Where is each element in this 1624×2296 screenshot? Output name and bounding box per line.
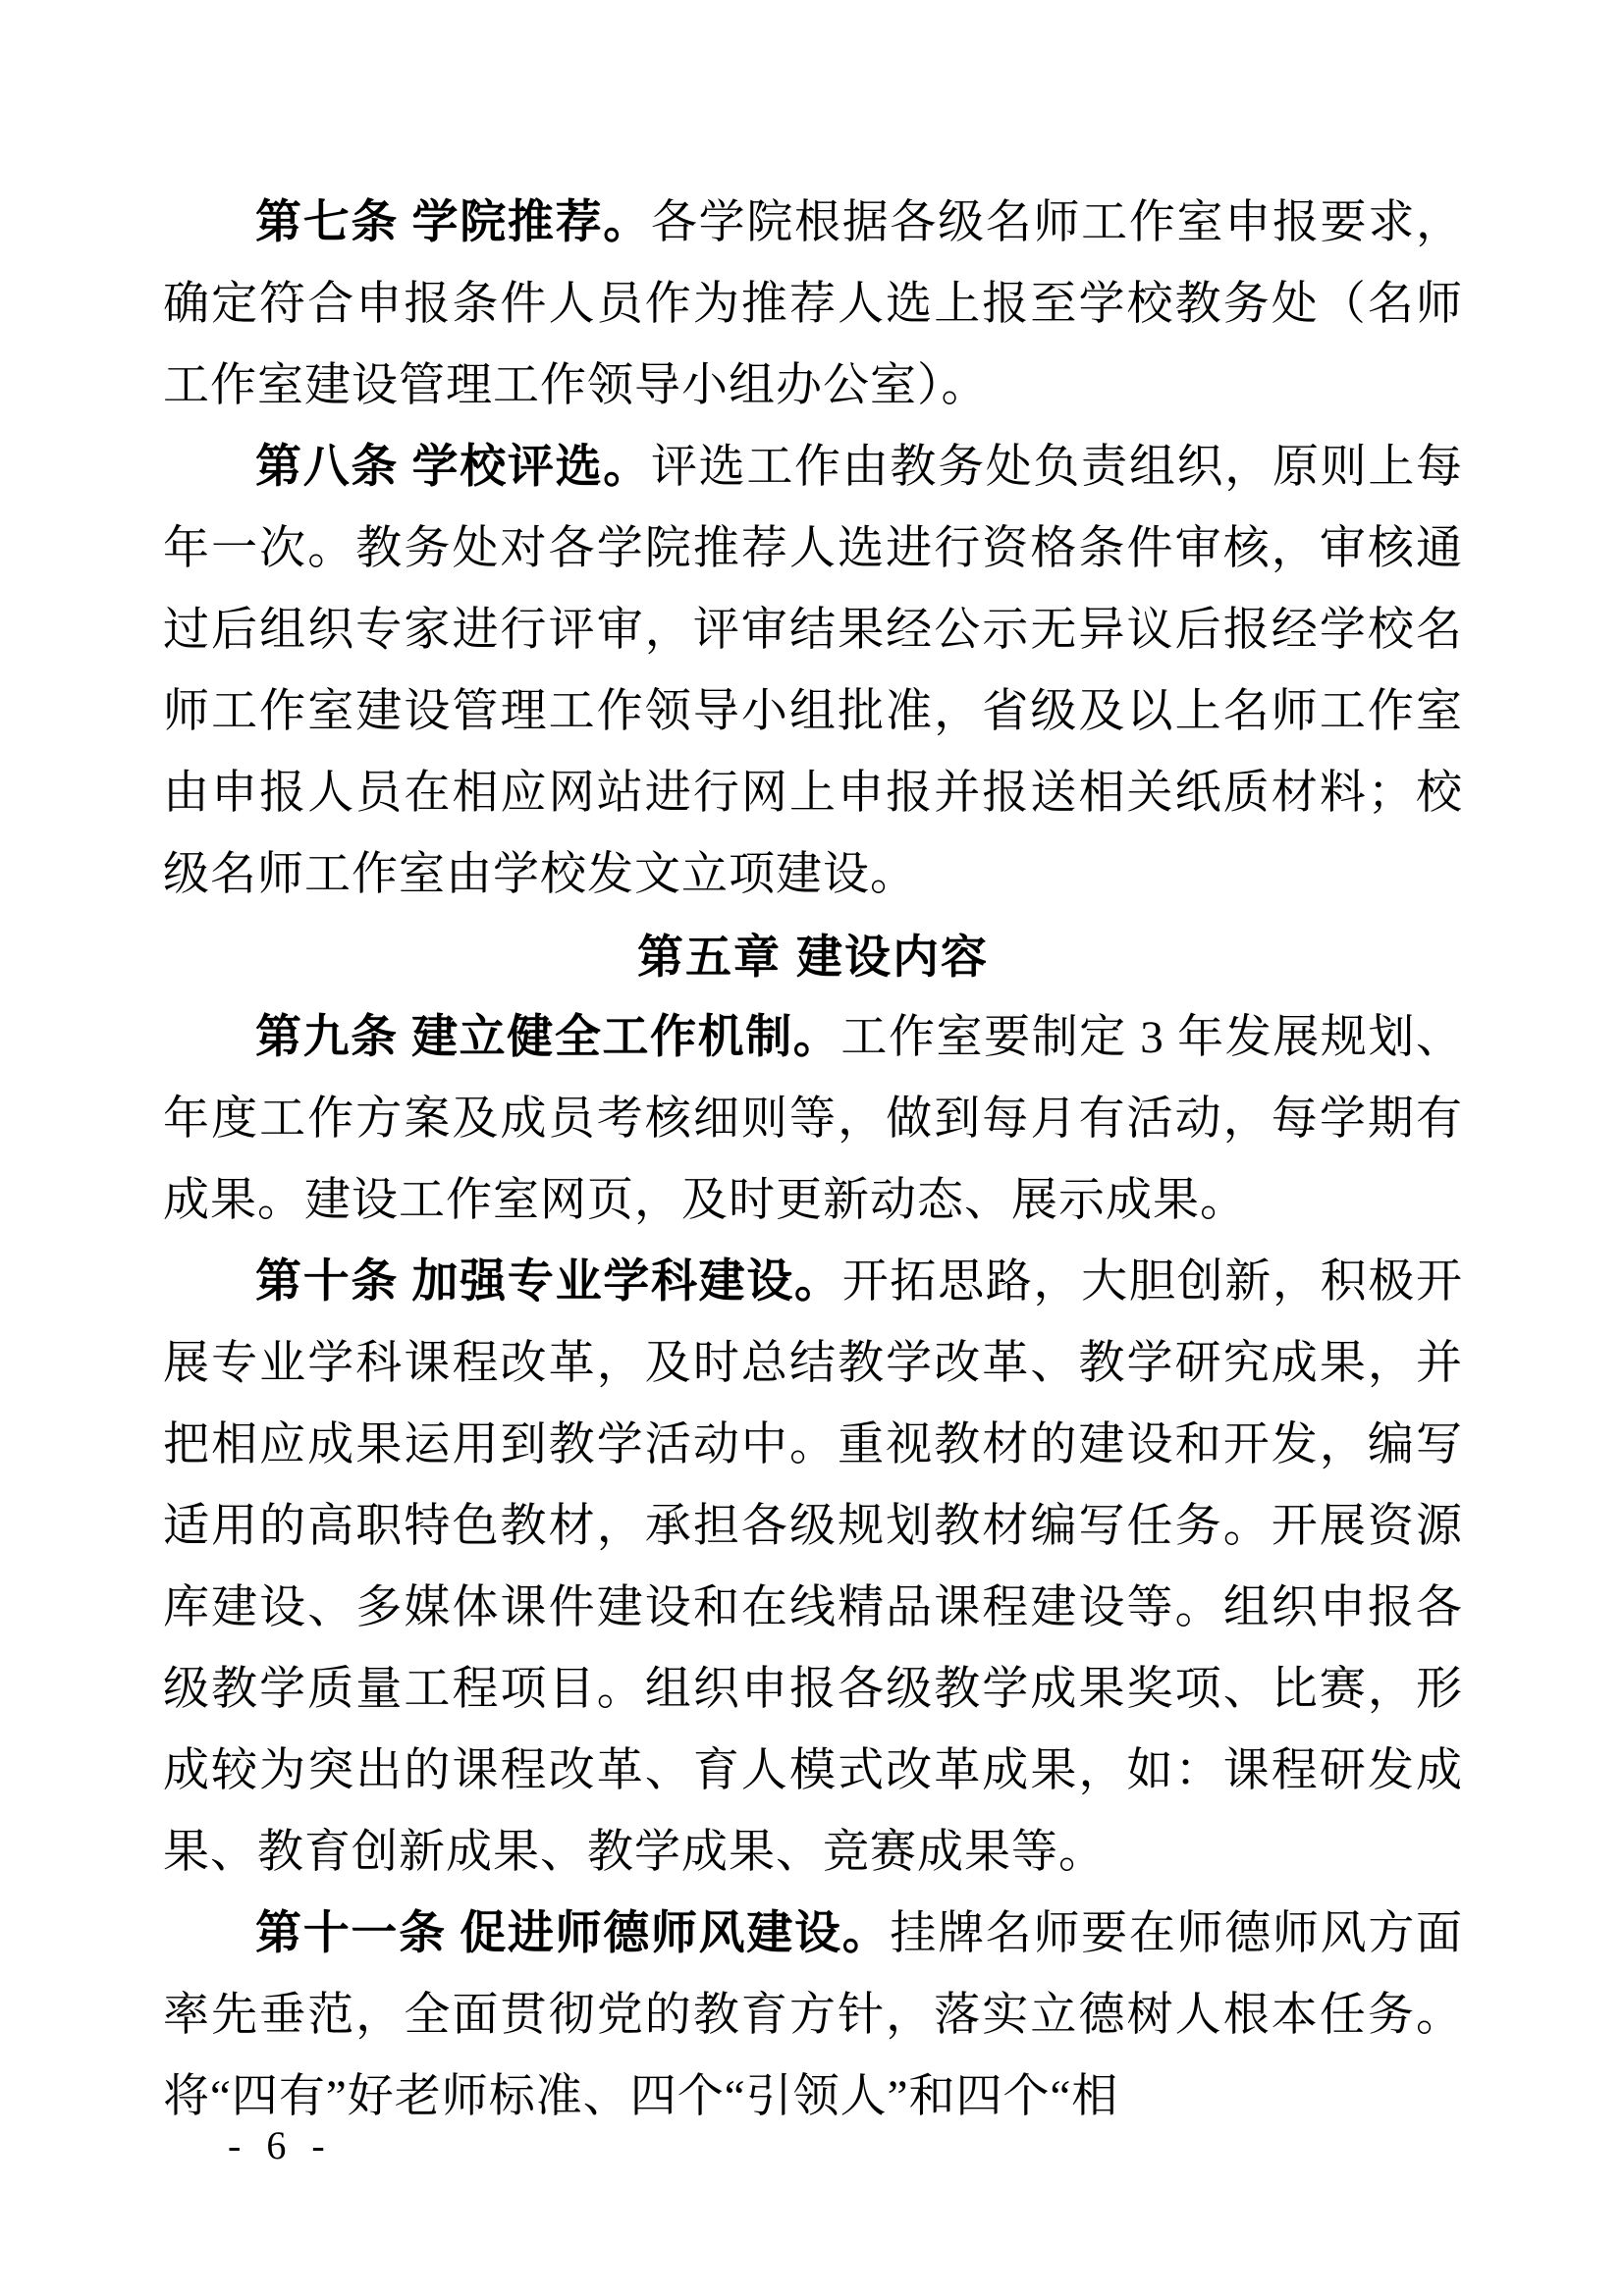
article-8-text: 评选工作由教务处负责组织，原则上每年一次。教务处对各学院推荐人选进行资格条件审核…	[163, 442, 1463, 900]
document-body: 第七条 学院推荐。各学院根据各级名师工作室申报要求，确定符合申报条件人员作为推荐…	[163, 183, 1463, 2138]
paragraph-article-8: 第八条 学校评选。评选工作由教务处负责组织，原则上每年一次。教务处对各学院推荐人…	[163, 427, 1463, 916]
chapter-5-heading: 第五章 建设内容	[163, 916, 1463, 997]
paragraph-article-11: 第十一条 促进师德师风建设。挂牌名师要在师德师风方面率先垂范，全面贯彻党的教育方…	[163, 1894, 1463, 2138]
page-number: - 6 -	[228, 2122, 333, 2169]
article-9-lead: 第九条 建立健全工作机制。	[255, 1012, 840, 1063]
article-10-lead: 第十条 加强专业学科建设。	[255, 1256, 842, 1308]
paragraph-article-10: 第十条 加强专业学科建设。开拓思路，大胆创新，积极开展专业学科课程改革，及时总结…	[163, 1242, 1463, 1894]
article-7-lead: 第七条 学院推荐。	[255, 197, 651, 248]
article-8-lead: 第八条 学校评选。	[255, 442, 651, 493]
article-10-text: 开拓思路，大胆创新，积极开展专业学科课程改革，及时总结教学改革、教学研究成果，并…	[163, 1256, 1463, 1878]
article-11-lead: 第十一条 促进师德师风建设。	[255, 1908, 890, 1959]
paragraph-article-9: 第九条 建立健全工作机制。工作室要制定 3 年发展规划、年度工作方案及成员考核细…	[163, 997, 1463, 1242]
paragraph-article-7: 第七条 学院推荐。各学院根据各级名师工作室申报要求，确定符合申报条件人员作为推荐…	[163, 183, 1463, 427]
